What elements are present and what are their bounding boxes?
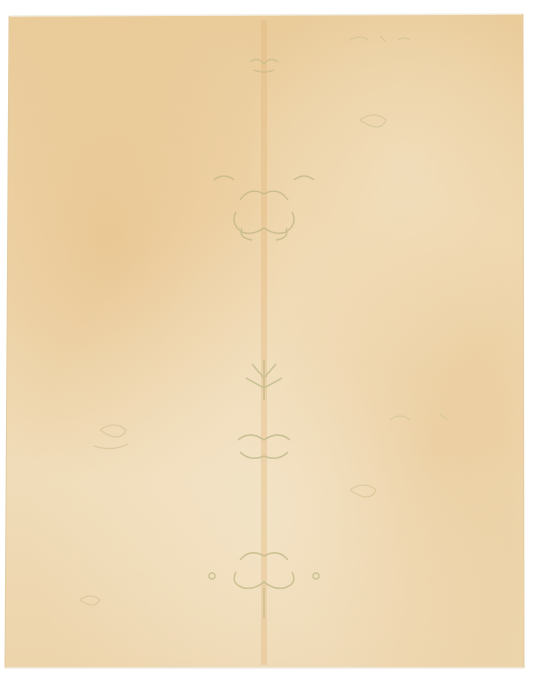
rug-photo bbox=[0, 0, 540, 688]
rug-body bbox=[0, 0, 540, 688]
